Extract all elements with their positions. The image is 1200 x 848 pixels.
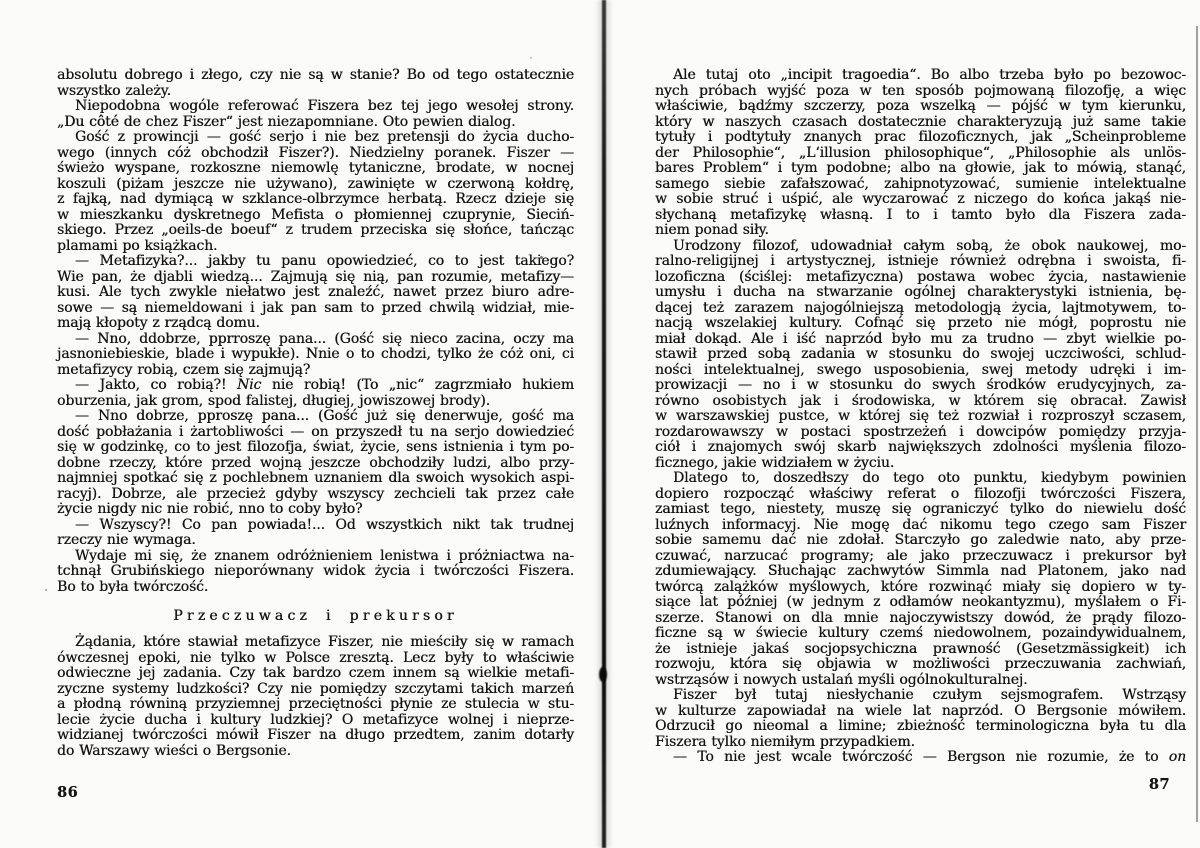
text-line: bares Problem“ i tym podobne; albo na gł…: [655, 161, 1186, 177]
paragraph: Niepodobna wogóle referować Fiszera bez …: [57, 99, 574, 130]
text-line: dopiero rozpocząć właściwy referat o fil…: [655, 487, 1186, 503]
text-line: lecie życie ducha i kultury ludzkiej? O …: [57, 713, 574, 729]
text-line: z fajką, nad dymiącą w szklance-olbrzymc…: [57, 192, 574, 208]
page-right: Ale tutaj oto „incipit tragoedia“. Bo al…: [655, 68, 1186, 766]
scan-speck: [540, 256, 543, 259]
text-line: w sobie struć i uśpić, ale wyczarować z …: [655, 192, 1186, 208]
text-line: koszuli (piżam jeszcze nie używano), zaw…: [57, 177, 574, 193]
text-line: wstrząsów i nowych ustalań myśli ogólnok…: [655, 673, 1186, 689]
paragraph: — Wszyscy?! Co pan powiada!... Od wszyst…: [57, 518, 574, 549]
text-line: absolutu dobrego i złego, czy nie są w s…: [57, 68, 574, 84]
text-line: rozdarowawszy w postaci spostrzeżeń i do…: [655, 425, 1186, 441]
paragraph: Fiszer był tutaj niesłychanie czułym sej…: [655, 688, 1186, 750]
scan-edge-line: [1196, 26, 1198, 822]
text-line: zyczne systemy ludzkości? Czy nie pomięd…: [57, 682, 574, 698]
text-line: który w naszych czasach dostatecznie cha…: [655, 115, 1186, 131]
text-line: się w godzinkę, co to jest filozofja, św…: [57, 440, 574, 456]
text-line: Gość z prowincji — gość serjo i nie bez …: [57, 130, 574, 146]
italic-text: on: [1169, 749, 1186, 765]
text-segment: — To nie jest wcale twórczość — Bergson …: [673, 749, 1169, 765]
paragraph: Dlatego to, doszedłszy do tego oto punkt…: [655, 471, 1186, 688]
text-line: odwieczne jej zadania. Czy tak bardzo cz…: [57, 666, 574, 682]
text-line: Niepodobna wogóle referować Fiszera bez …: [57, 99, 574, 115]
text-line: prowizacji — no i w stosunku do swych śr…: [655, 378, 1186, 394]
paragraph: — Jakto, co robią?! Nic nie robią! (To „…: [57, 378, 574, 409]
text-line: stawił przed sobą zadania w stosunku do …: [655, 347, 1186, 363]
text-line: Wydaje mi się, że znanem odróżnieniem le…: [57, 549, 574, 565]
text-line: Dlatego to, doszedłszy do tego oto punkt…: [655, 471, 1186, 487]
scan-speck: [530, 57, 532, 59]
text-line: tytuły i podtytuły znanych prac filozofi…: [655, 130, 1186, 146]
paragraph: Gość z prowincji — gość serjo i nie bez …: [57, 130, 574, 254]
text-line: metafizycy robią, czem się zajmują?: [57, 363, 574, 379]
text-line: świeżo wyspane, rozkoszne niemowlę tytan…: [57, 161, 574, 177]
text-line: niem ponad siły.: [655, 223, 1186, 239]
text-line: — To nie jest wcale twórczość — Bergson …: [655, 750, 1186, 766]
text-line: ówczesnej epoki, nie tylko w Polsce zres…: [57, 651, 574, 667]
text-line: dącej też zarazem najogólniejszą metodol…: [655, 301, 1186, 317]
text-line: wszystko zależy.: [57, 84, 574, 100]
paragraph: absolutu dobrego i złego, czy nie są w s…: [57, 68, 574, 99]
text-line: „Du côté de chez Fiszer“ jest niezapomni…: [57, 115, 574, 131]
text-line: skiego. Przez „oeils-de boeuf“ z trudem …: [57, 223, 574, 239]
text-line: — Nno, ddobrze, pprroszę pana... (Gość s…: [57, 332, 574, 348]
text-line: w warszawskiej pustce, w której się też …: [655, 409, 1186, 425]
text-line: najmniej spotkać się z pochlebnem uznani…: [57, 471, 574, 487]
text-line: Fiszera tylko niemiłym przypadkiem.: [655, 735, 1186, 751]
paragraph: — Nno, ddobrze, pprroszę pana... (Gość s…: [57, 332, 574, 379]
text-line: widzianej twórczości mówił Fiszer na dłu…: [57, 728, 574, 744]
text-line: że istnieje jakaś socjopsychiczna prawno…: [655, 642, 1186, 658]
text-line: dobne rzeczy, które przed wojną jeszcze …: [57, 456, 574, 472]
text-line: Żądania, które stawiał metafizyce Fiszer…: [57, 635, 574, 651]
text-line: nacją wszelakiej kultury. Cofnąć się prz…: [655, 316, 1186, 332]
text-line: samego siebie zafałszować, zahipnotyzowa…: [655, 177, 1186, 193]
text-line: ralno-religijnej i artystycznej, istniej…: [655, 254, 1186, 270]
text-line: jasnoniebieskie, blade i wypukłe). Nnie …: [57, 347, 574, 363]
text-line: do Warszawy wieści o Bergsonie.: [57, 744, 574, 760]
text-line: rozwoju, która się objawia w możliwości …: [655, 657, 1186, 673]
paragraph: — To nie jest wcale twórczość — Bergson …: [655, 750, 1186, 766]
text-line: równo osobistych jak i środowiska, w któ…: [655, 394, 1186, 410]
text-line: a płodną równiną przyziemnej przeciętnoś…: [57, 697, 574, 713]
page-left: absolutu dobrego i złego, czy nie są w s…: [57, 68, 574, 759]
text-line: kusi. Ale tych zwykle niełatwo jest znal…: [57, 285, 574, 301]
text-line: ciół i znajomych swój skarb największych…: [655, 440, 1186, 456]
text-line: — Wszyscy?! Co pan powiada!... Od wszyst…: [57, 518, 574, 534]
text-line: — Jakto, co robią?! Nic nie robią! (To „…: [57, 378, 574, 394]
text-line: szerze. Stanowi on dla mnie najoczywists…: [655, 611, 1186, 627]
paragraph: Żądania, które stawiał metafizyce Fiszer…: [57, 635, 574, 759]
text-line: twórcą zalążków myślowych, które rozwiną…: [655, 580, 1186, 596]
text-line: czuwać, narzucać programy; ale jako prze…: [655, 549, 1186, 565]
text-line: sobie samemu dać nie zdołał. Starczyło g…: [655, 533, 1186, 549]
italic-text: Nic: [237, 377, 261, 393]
text-line: ficznego, jakie widziałem w życiu.: [655, 456, 1186, 472]
text-line: mają kłopoty z rządcą domu.: [57, 316, 574, 332]
text-line: siące lat później (w jednym z odłamów ne…: [655, 595, 1186, 611]
text-line: Bo to była twórczość.: [57, 580, 574, 596]
text-line: der Philosophie“, „L‘illusion philosophi…: [655, 146, 1186, 162]
text-line: zdumiewający. Słuchając zachwytów Simmla…: [655, 564, 1186, 580]
text-line: Odrzucił go nieomal a limine; zbieżność …: [655, 719, 1186, 735]
book-gutter: [602, 0, 606, 848]
text-line: w mieszkanku dyskretnego Mefista o płomi…: [57, 208, 574, 224]
text-line: racyj). Dobrze, ale przecież gdyby wszys…: [57, 487, 574, 503]
text-line: miał dokąd. Ale i iść naprzód było mu za…: [655, 332, 1186, 348]
page-number-left: 86: [57, 784, 78, 801]
text-line: słychaną metafizykę własną. I to i tamto…: [655, 208, 1186, 224]
text-line: — Nno dobrze, pproszę pana... (Gość już …: [57, 409, 574, 425]
text-line: Fiszer był tutaj niesłychanie czułym sej…: [655, 688, 1186, 704]
text-line: ficzne są w świecie kultury czemś niedow…: [655, 626, 1186, 642]
paragraph: — Metafizyka?... jakby tu panu opowiedzi…: [57, 254, 574, 332]
text-line: rzeczy nie wymaga.: [57, 533, 574, 549]
text-line: luźnych informacyj. Nie mogę dać nikomu …: [655, 518, 1186, 534]
text-line: ności intelektualnej, swego usposobienia…: [655, 363, 1186, 379]
page-number-right: 87: [1128, 776, 1170, 793]
book-gutter-ink-blob: [599, 667, 607, 682]
text-line: właściwie, bądźmy szczerzy, poza wszelką…: [655, 99, 1186, 115]
paragraph: Urodzony filozof, udowadniał całym sobą,…: [655, 239, 1186, 472]
text-line: zamiast tego, niestety, muszę się ograni…: [655, 502, 1186, 518]
paragraph: — Nno dobrze, pproszę pana... (Gość już …: [57, 409, 574, 518]
text-line: Ale tutaj oto „incipit tragoedia“. Bo al…: [655, 68, 1186, 84]
text-segment: nie robią! (To „nic“ zagrzmiało hukiem: [261, 377, 574, 393]
paragraph: Ale tutaj oto „incipit tragoedia“. Bo al…: [655, 68, 1186, 239]
text-line: wego (innych cóż obchodził Fiszer?). Nie…: [57, 146, 574, 162]
text-segment: — Jakto, co robią?!: [75, 377, 237, 393]
text-line: umysłu i ducha na stwarzanie ogólnej cha…: [655, 285, 1186, 301]
text-line: życie nigdy nic nie robić, nno to coby b…: [57, 502, 574, 518]
text-line: sowe — są niemeldowani i jak pan sam to …: [57, 301, 574, 317]
text-line: lozoficzna (ściślej: metafizyczna) posta…: [655, 270, 1186, 286]
paragraph: Wydaje mi się, że znanem odróżnieniem le…: [57, 549, 574, 596]
text-line: Wie pan, że djabli wiedzą... Zajmują się…: [57, 270, 574, 286]
text-line: — Metafizyka?... jakby tu panu opowiedzi…: [57, 254, 574, 270]
text-line: tchnął Grubińskiego nieporównany widok ż…: [57, 564, 574, 580]
text-line: w kulturze zapowiadał na wiele lat naprz…: [655, 704, 1186, 720]
text-line: oburzenia, jak grom, spod falistej, dług…: [57, 394, 574, 410]
text-line: plamami po książkach.: [57, 239, 574, 255]
text-line: nych próbach wyjść poza w ten sposób poj…: [655, 84, 1186, 100]
text-line: dość pobłażania i żartobliwości — on prz…: [57, 425, 574, 441]
text-line: Urodzony filozof, udowadniał całym sobą,…: [655, 239, 1186, 255]
section-heading: Przeczuwacz i prekursor: [57, 608, 574, 624]
scan-speck: [45, 589, 47, 591]
